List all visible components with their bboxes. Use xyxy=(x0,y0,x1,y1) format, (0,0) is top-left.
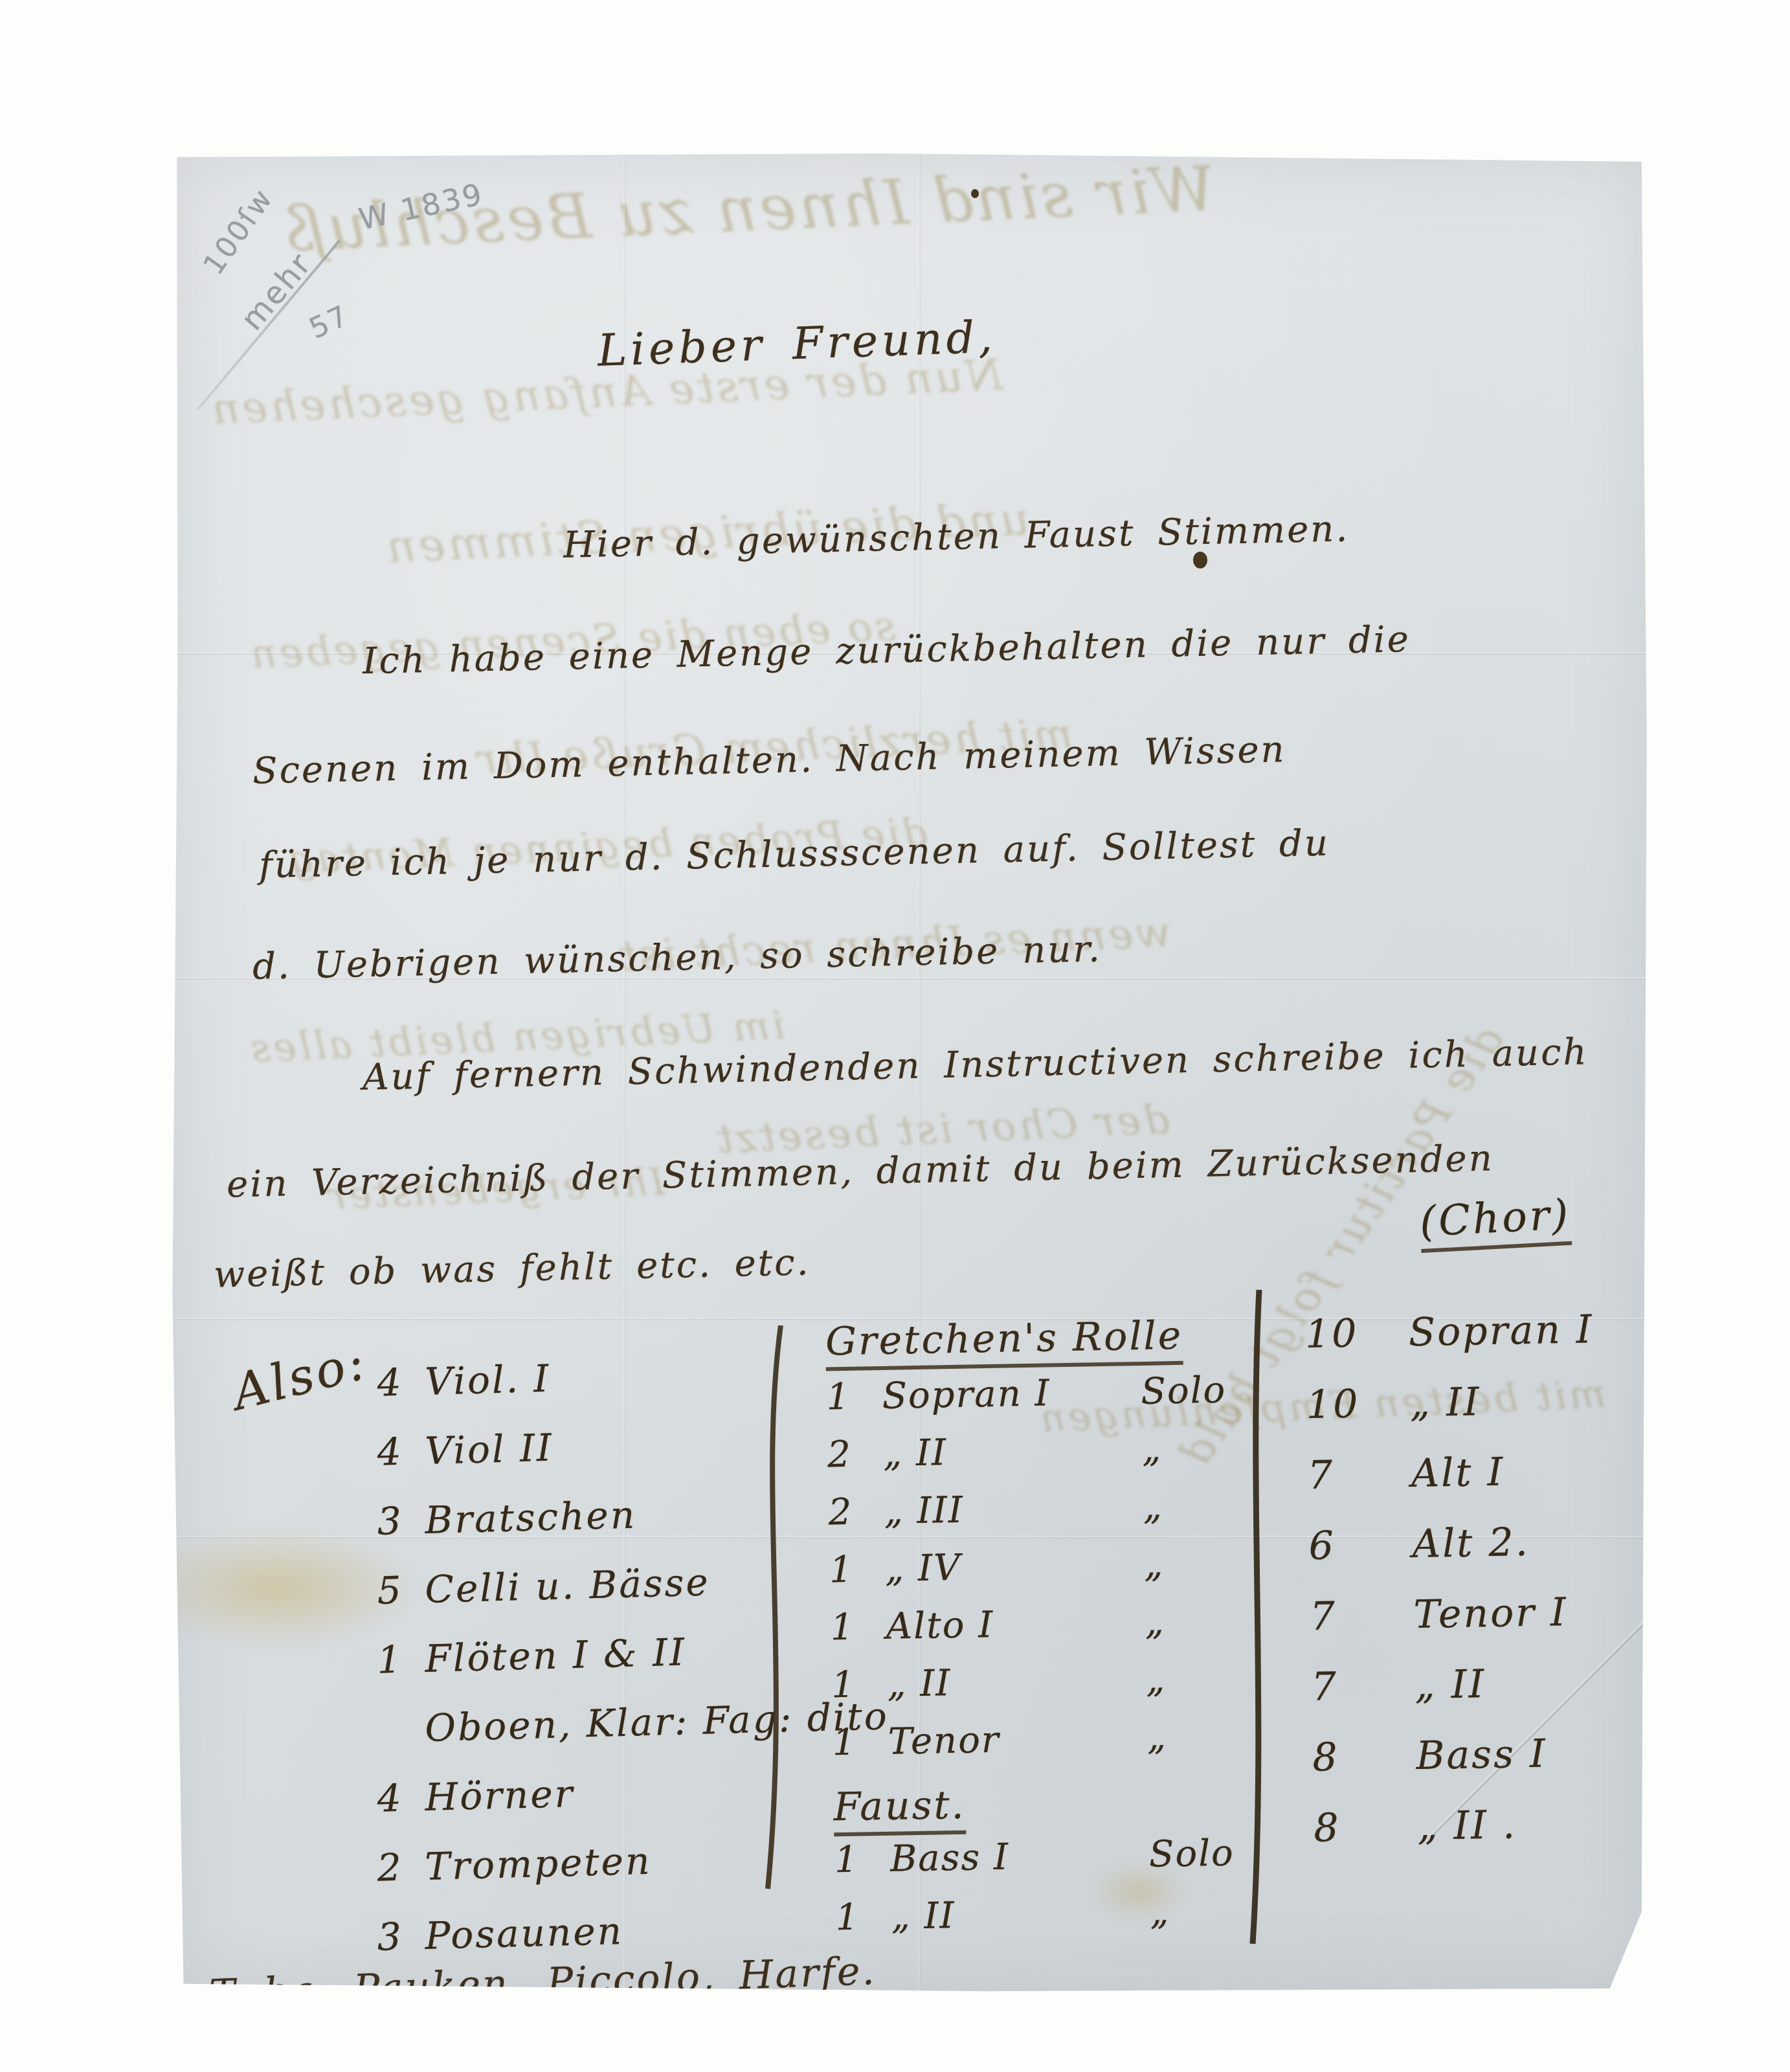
chor-qty: 7 xyxy=(1311,1663,1390,1735)
ink-blot xyxy=(1193,552,1207,569)
chor-part: Alt I xyxy=(1411,1450,1505,1522)
chor-qty: 10 xyxy=(1306,1381,1385,1453)
gretchen-title: Gretchen's Rolle xyxy=(825,1312,1224,1365)
solo-part-name: Sopran I xyxy=(882,1371,1141,1433)
solo-part-note: „ xyxy=(1144,1542,1229,1601)
solo-part-name: „ III xyxy=(884,1486,1143,1548)
orchestra-qty: 4 xyxy=(351,1360,405,1431)
solo-part-note: „ xyxy=(1143,1485,1228,1544)
solo-part-name: „ IV xyxy=(885,1544,1145,1606)
orchestra-qty: 3 xyxy=(351,1499,405,1570)
solo-part-name: „ II xyxy=(887,1659,1147,1721)
orchestra-instrument: Trompeten xyxy=(425,1839,653,1914)
orchestra-qty: 4 xyxy=(351,1430,405,1500)
faust-rows: 1 Bass I Solo 1 „ II „ xyxy=(834,1832,1235,1955)
solo-part-qty: 1 xyxy=(834,1838,891,1897)
orchestra-instrument: Bratschen xyxy=(425,1492,638,1568)
chor-row: 7 Tenor I xyxy=(1310,1589,1599,1665)
chor-part: „ II xyxy=(1409,1379,1481,1451)
solo-part-row: 2 „ III „ xyxy=(828,1485,1227,1549)
orchestra-instrument: Viol II xyxy=(425,1426,555,1498)
solo-part-name: Tenor xyxy=(888,1717,1147,1779)
solo-part-note: „ xyxy=(1147,1715,1232,1774)
orchestra-instrument: Celli u. Bässe xyxy=(425,1560,711,1636)
chor-row: 6 Alt 2. xyxy=(1308,1518,1598,1594)
faust-title: Faust. xyxy=(833,1778,1233,1830)
pencil-scrawl: 100ſw xyxy=(197,182,280,281)
orchestra-instrument: Oboen, Klar: Fag: dito xyxy=(425,1694,890,1775)
chor-part: Sopran I xyxy=(1408,1307,1594,1380)
ink-dot xyxy=(971,189,979,198)
gretchen-title-text: Gretchen's Rolle xyxy=(825,1313,1183,1371)
orchestra-instrument: Flöten I & II xyxy=(425,1630,688,1706)
solo-part-row: 1 „ IV „ xyxy=(829,1542,1229,1607)
chor-qty: 10 xyxy=(1304,1311,1383,1382)
orchestra-instrument: Viol. I xyxy=(425,1357,552,1429)
chor-row: 8 Bass I xyxy=(1312,1730,1602,1806)
solo-part-note: „ xyxy=(1145,1600,1230,1659)
orchestra-qty: 5 xyxy=(351,1568,405,1639)
chor-qty: 7 xyxy=(1307,1452,1386,1524)
faust-title-text: Faust. xyxy=(833,1783,966,1837)
chor-heading: (Chor) xyxy=(1418,1191,1572,1246)
solo-part-qty: 2 xyxy=(827,1433,884,1491)
photo-background: { "pencil_annotations": { "scrawl": "100… xyxy=(0,0,1790,2072)
orchestra-instrument: Hörner xyxy=(425,1772,576,1845)
pencil-number: 57 xyxy=(304,298,355,345)
solo-part-name: „ II xyxy=(891,1891,1150,1954)
solo-part-row: 1 Sopran I Solo xyxy=(826,1369,1225,1434)
chor-part: Tenor I xyxy=(1413,1590,1569,1663)
orchestra-qty: 2 xyxy=(351,1845,405,1916)
solo-part-qty: 1 xyxy=(826,1375,883,1434)
chor-part: Alt 2. xyxy=(1412,1520,1530,1592)
solo-part-note: Solo xyxy=(1141,1369,1226,1428)
solo-part-row: 1 Alto I „ xyxy=(830,1600,1229,1665)
solo-part-name: „ II xyxy=(883,1428,1143,1491)
solo-part-qty: 2 xyxy=(828,1491,885,1549)
chor-part: „ II . xyxy=(1417,1802,1518,1875)
solo-part-row: 1 „ II „ xyxy=(835,1890,1235,1955)
chor-row: 7 „ II xyxy=(1311,1660,1600,1735)
chor-part: Bass I xyxy=(1416,1731,1548,1805)
gretchen-rows: 1 Sopran I Solo 2 „ II „ 2 „ III „ xyxy=(826,1369,1232,1780)
solo-parts-list: Gretchen's Rolle 1 Sopran I Solo 2 „ II … xyxy=(825,1312,1235,1955)
chor-qty: 8 xyxy=(1314,1805,1393,1876)
divider-line-right xyxy=(1237,1290,1282,1950)
solo-part-row: 1 Bass I Solo xyxy=(834,1832,1234,1897)
orchestra-qty xyxy=(351,1707,405,1777)
solo-part-name: Bass I xyxy=(889,1834,1149,1896)
chor-part: „ II xyxy=(1415,1661,1486,1733)
solo-part-note: „ xyxy=(1142,1427,1227,1486)
letter-page: Wir sind Ihnen zu BeschlußNun der erste … xyxy=(170,153,1648,1993)
pencil-word-mehr: mehr xyxy=(234,245,319,337)
solo-part-qty: 1 xyxy=(830,1606,887,1664)
solo-part-name: Alto I xyxy=(886,1601,1145,1663)
chor-heading-text: (Chor) xyxy=(1418,1191,1572,1253)
solo-part-row: 1 Tenor „ xyxy=(832,1715,1231,1780)
orchestra-qty: 4 xyxy=(351,1776,405,1847)
solo-part-row: 2 „ II „ xyxy=(827,1427,1227,1492)
orchestra-qty: 1 xyxy=(351,1638,405,1708)
solo-part-qty: 1 xyxy=(831,1663,888,1722)
chor-row: 10 Sopran I xyxy=(1304,1307,1594,1382)
chor-qty: 6 xyxy=(1308,1522,1387,1594)
solo-part-qty: 1 xyxy=(832,1721,889,1779)
solo-part-qty: 1 xyxy=(835,1896,892,1954)
solo-part-row: 1 „ II „ xyxy=(831,1658,1231,1722)
chor-list: 10 Sopran I 10 „ II 7 Alt I 6 Alt 2. 7 T… xyxy=(1304,1307,1603,1876)
chor-row: 7 Alt I xyxy=(1307,1448,1596,1524)
divider-line-left xyxy=(750,1325,808,1908)
chor-row: 8 „ II . xyxy=(1314,1801,1603,1876)
chor-row: 10 „ II xyxy=(1306,1377,1595,1453)
chor-qty: 8 xyxy=(1312,1734,1391,1806)
solo-part-qty: 1 xyxy=(829,1548,886,1606)
orchestra-list: 4 Viol. I 4 Viol II 3 Bratschen 5 Celli … xyxy=(352,1355,889,1978)
chor-qty: 7 xyxy=(1310,1593,1389,1665)
solo-part-note: Solo xyxy=(1148,1832,1234,1891)
solo-part-note: „ xyxy=(1146,1658,1231,1717)
solo-part-note: „ xyxy=(1150,1890,1235,1949)
letter-body-line: weißt ob was fehlt etc. etc. xyxy=(213,1241,811,1296)
